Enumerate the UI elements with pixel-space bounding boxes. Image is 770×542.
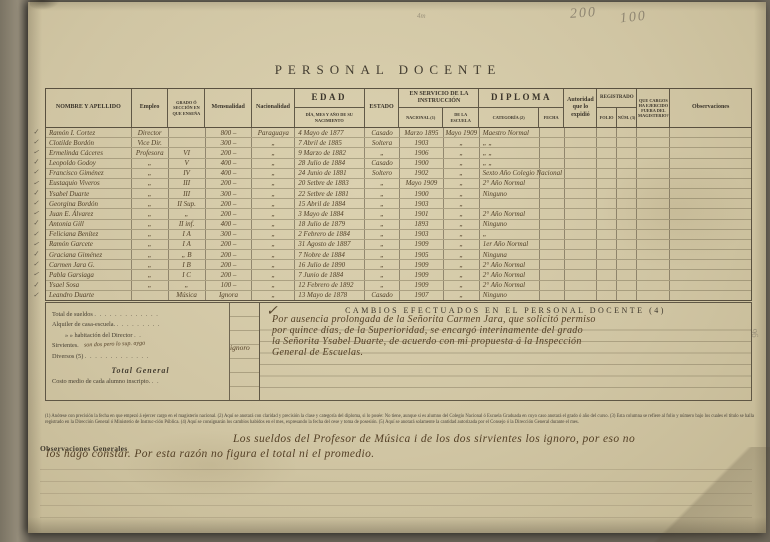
cell-name: Ysael Sosa [46,281,132,290]
cell-fecha [540,169,565,178]
cell-estado: „ [365,148,400,157]
cell-escuela: „ [444,240,480,249]
cell-nacional: 1909 [400,281,444,290]
cell-categoria: Ninguno [480,220,540,229]
cell-autoridad [565,220,598,229]
cell-escuela: „ [444,189,480,198]
cell-grado: II Sup. [169,199,206,208]
pencil-small-mark: 4m [417,12,426,20]
cell-categoria: „ „ [480,159,540,168]
cell-categoria: 2° Año Normal [480,179,540,188]
cell-autoridad [565,128,598,137]
totals-line: Total de sueldos . . . . . . . . . . . .… [52,310,259,320]
cell-nac: „ [252,209,295,218]
col-header-servicio: EN SERVICIO DE LA INSTRUCCIÓN [399,89,478,108]
cell-categoria: „ „ [480,138,540,147]
cell-grado: IV [169,169,206,178]
table-row: Antonia Gill„II inf.400 –„18 Julio de 18… [46,220,751,230]
pencil-check-mark: ✓ [32,127,39,136]
cell-name: Carmen Jara G. [46,260,132,269]
cell-autoridad [565,199,598,208]
cell-categoria: „ „ [480,148,540,157]
cell-estado: „ [365,250,400,259]
cell-autoridad [565,230,598,239]
cell-num [617,138,637,147]
cell-escuela: „ [444,260,480,269]
cell-estado: Casado [365,128,400,137]
cell-num [617,291,637,300]
totals-line-label: » » habitación del Director [65,332,133,339]
cell-autoridad [565,270,598,279]
totals-box: Total de sueldos . . . . . . . . . . . .… [45,302,260,401]
cell-fecha [540,250,565,259]
cell-autoridad [565,240,598,249]
cell-estado: „ [365,270,400,279]
cell-mens: 200 – [206,148,253,157]
cell-estado: Soltero [365,169,400,178]
cell-empleo: „ [132,240,169,249]
cell-empleo: „ [132,189,169,198]
observaciones-handwriting-line: Los sueldos del Profesor de Música i de … [233,433,635,445]
table-row: Ramón I. CortezDirector800 –Paraguaya4 M… [46,128,751,138]
cell-empleo: „ [132,250,169,259]
table-row: Ermelinda CáceresProfesoraVI200 –„9 Marz… [46,148,751,158]
pencil-check-mark: ✓ [32,270,39,279]
cell-escuela: „ [444,169,480,178]
cell-obs [670,230,751,239]
cell-grado: II inf. [169,220,206,229]
cell-empleo: Vice Dir. [132,138,169,147]
table-row: Francisco Giménez„IV400 –„24 Junio de 18… [46,169,751,179]
pencil-check-mark: ✓ [33,199,39,207]
cell-folio [597,179,617,188]
cell-categoria: 1er Año Normal [480,240,540,249]
cell-cargos [637,260,670,269]
col-header-folio: FOLIO [597,108,617,127]
cell-mens: 200 – [206,250,253,259]
cell-folio [597,230,617,239]
cell-cargos [637,179,670,188]
cell-nac: „ [252,240,295,249]
cell-mens: 300 – [206,138,253,147]
col-header-num: NÚM. (3) [617,108,636,127]
pencil-check-mark: ✓ [33,138,39,146]
cell-categoria [480,199,540,208]
cell-num [617,179,637,188]
cell-fecha [540,179,565,188]
cell-obs [670,250,751,259]
cell-empleo: „ [132,209,169,218]
table-row: Ysabel Duarte„III300 –„22 Setbre de 1881… [46,189,751,199]
cell-folio [597,169,617,178]
cell-empleo: „ [132,179,169,188]
col-header-fecha: FECHA [539,108,564,127]
table-row: Eustaquio Viveros„III200 –„20 Setbre de … [46,179,751,189]
cell-estado: „ [365,220,400,229]
cell-escuela: „ [444,230,480,239]
cell-name: Leandro Duarte [46,291,132,300]
cell-categoria: Sexto Año Colegio Nacional [480,169,540,178]
cell-name: Ramón Garcete [46,240,132,249]
cell-mens: 800 – [206,128,253,137]
cell-estado: Soltera [365,138,400,147]
cell-nac: „ [252,199,295,208]
cell-edad: 20 Setbre de 1883 [295,179,365,188]
cell-escuela: Mayo 1909 [444,128,480,137]
cell-nac: „ [252,138,295,147]
value-cell [230,317,259,331]
cell-folio [597,240,617,249]
cell-folio [597,220,617,229]
cell-autoridad [565,138,598,147]
cell-obs [670,240,751,249]
pencil-check-mark: ✓ [33,260,39,268]
cell-nac: „ [252,291,295,300]
table-row: Ysael Sosa„„100 –„12 Febrero de 1892„190… [46,281,751,291]
cell-obs [670,159,751,168]
cell-folio [597,128,617,137]
cell-folio [597,270,617,279]
cell-nacional: Mayo 1909 [400,179,444,188]
cell-nac: „ [252,281,295,290]
value-cell [230,387,259,400]
cell-fecha [540,240,565,249]
cell-edad: 7 Junio de 1884 [295,270,365,279]
totals-line: Alquiler de casa-escuela. . . . . . . . … [52,320,259,330]
cell-fecha [540,230,565,239]
cell-autoridad [565,189,598,198]
cell-categoria: 2° Año Normal [480,281,540,290]
cell-autoridad [565,250,598,259]
cell-num [617,270,637,279]
totals-line-label: Sirvientes. [52,342,79,349]
cell-estado: „ [365,189,400,198]
cell-obs [670,169,751,178]
cell-estado: „ [365,179,400,188]
cell-obs [670,148,751,157]
cell-autoridad [565,291,598,300]
faint-rule-line [40,469,752,470]
col-header-nacionalidad: Nacionalidad [252,89,295,127]
col-header-registrado: REGISTRADO [597,89,636,108]
cell-name: Leopoldo Godoy [46,159,132,168]
cell-folio [597,148,617,157]
cell-autoridad [565,260,598,269]
scanned-document-page: 4m 200 100 96 PERSONAL DOCENTE NOMBRE Y … [0,0,770,542]
totals-line-label: Total de sueldos [52,311,93,318]
cell-name: Ysabel Duarte [46,189,132,198]
cell-cargos [637,128,670,137]
col-header-de-la-escuela: DE LA ESCUELA [443,108,479,127]
faint-rule-line [40,505,752,506]
cell-autoridad [565,209,598,218]
cell-categoria: 2° Año Normal [480,260,540,269]
cell-edad: 15 Abril de 1884 [295,199,365,208]
pencil-check-mark: ✓ [32,158,39,167]
cell-cargos [637,281,670,290]
cell-nac: „ [252,148,295,157]
cell-grado: „ B [169,250,206,259]
pencil-check-mark: ✓ [32,178,39,187]
cell-fecha [540,209,565,218]
cell-name: Feliciana Benítez [46,230,132,239]
table-row: Graciana Giménez„„ B200 –„7 Nobre de 188… [46,250,751,260]
cell-escuela: „ [444,281,480,290]
observaciones-handwriting-line: los hago constar. Por esta razón no figu… [46,448,375,460]
totals-line-label: Alquiler de casa-escuela. [52,321,115,328]
cell-cargos [637,209,670,218]
cell-nacional: 1909 [400,270,444,279]
cell-estado: „ [365,230,400,239]
cell-nacional: 1909 [400,240,444,249]
cell-num [617,230,637,239]
cell-fecha [540,189,565,198]
col-header-categoria: CATEGORÍA (2) [479,108,538,127]
pencil-check-mark: ✓ [32,239,39,248]
totals-line: Costo medio de cada alumno inscripto. . … [52,377,259,387]
cell-mens: 200 – [206,209,253,218]
pencil-check-mark: ✓ [32,147,39,156]
col-header-edad-sub: DÍA, MES Y AÑO DE SU NACIMIENTO [295,108,364,127]
pencil-check-mark: ✓ [33,168,39,176]
cell-obs [670,260,751,269]
cell-nac: „ [252,169,295,178]
cell-cargos [637,220,670,229]
col-header-diploma: DIPLOMA [479,89,563,108]
cambios-handwriting-line: por quince días, de la Superioridad, se … [272,325,747,336]
cell-edad: 16 Julio de 1890 [295,260,365,269]
cell-cargos [637,240,670,249]
table-row: Feliciana Benítez„I A300 –„2 Febrero de … [46,230,751,240]
cell-edad: 24 Junio de 1881 [295,169,365,178]
col-header-diploma-group: DIPLOMA CATEGORÍA (2) FECHA [479,89,564,127]
cell-autoridad [565,179,598,188]
faint-rule-line [40,493,752,494]
cell-escuela: „ [444,159,480,168]
cell-edad: 7 Abril de 1885 [295,138,365,147]
footnotes: (1) Anótese con precisión la fecha en qu… [45,414,754,427]
pencil-number-200: 200 [569,5,597,23]
cell-fecha [540,260,565,269]
table-row: Carmen Jara G.„I B200 –„16 Julio de 1890… [46,260,751,270]
cell-cargos [637,148,670,157]
cell-folio [597,291,617,300]
cell-folio [597,260,617,269]
cell-folio [597,159,617,168]
cell-empleo: „ [132,159,169,168]
cell-fecha [540,199,565,208]
cell-nacional: 1903 [400,199,444,208]
col-header-estado: ESTADO [365,89,400,127]
pencil-number-100: 100 [619,9,648,28]
cell-grado: „ [169,209,206,218]
cell-autoridad [565,281,598,290]
cell-nacional: 1900 [400,159,444,168]
cell-name: Ramón I. Cortez [46,128,132,137]
cell-edad: 18 Julio de 1879 [295,220,365,229]
cell-cargos [637,291,670,300]
cambios-box: ✓ CAMBIOS EFECTUADOS EN EL PERSONAL DOCE… [260,302,752,401]
cell-folio [597,209,617,218]
cell-estado: „ [365,281,400,290]
pencil-check-mark: ✓ [33,230,39,238]
cell-mens: 200 – [206,270,253,279]
cell-cargos [637,159,670,168]
cell-empleo [132,291,169,300]
cell-autoridad [565,169,598,178]
cell-obs [670,281,751,290]
cell-nacional: 1909 [400,260,444,269]
cell-name: Francisco Giménez [46,169,132,178]
cell-categoria: Maestro Normal [480,128,540,137]
cell-empleo: „ [132,199,169,208]
cell-nacional: Marzo 1895 [400,128,444,137]
cell-categoria: „ [480,230,540,239]
cell-mens: 200 – [206,199,253,208]
cambios-handwriting-line: la Señorita Ysabel Duarte, de acuerdo co… [272,336,747,347]
cell-cargos [637,189,670,198]
cell-name: Clotilde Bordón [46,138,132,147]
col-header-empleo: Empleo [132,89,169,127]
cell-estado: „ [365,199,400,208]
cell-edad: 12 Febrero de 1892 [295,281,365,290]
cell-name: Antonia Gill [46,220,132,229]
col-header-cargos: QUE CARGOS HA EJERCIDO FUERA DEL MAGISTE… [637,89,670,127]
col-header-registrado-group: REGISTRADO FOLIO NÚM. (3) [597,89,637,127]
dot-leaders: . . . . . . . . . . . . . [85,353,149,360]
cell-mens: 300 – [206,189,253,198]
cell-mens: 200 – [206,179,253,188]
cell-obs [670,220,751,229]
cell-categoria: Ninguna [480,250,540,259]
cell-name: Georgina Bordón [46,199,132,208]
cell-estado: Casado [365,291,400,300]
cell-fecha [540,138,565,147]
col-header-nombre: NOMBRE Y APELLIDO [46,89,132,127]
cell-mens: 100 – [206,281,253,290]
cell-estado: „ [365,260,400,269]
col-header-mensualidad: Mensualidad [205,89,252,127]
totals-line-label: Total General [111,366,169,375]
table-row: Georgina Bordón„II Sup.200 –„15 Abril de… [46,199,751,209]
cell-grado: I C [169,270,206,279]
dot-leaders: . . [152,378,160,385]
cell-name: Eustaquio Viveros [46,179,132,188]
cell-fecha [540,128,565,137]
cell-categoria: Ninguno [480,189,540,198]
cell-folio [597,189,617,198]
cambios-handwriting-line: Por ausencia prolongada de la Señorita C… [272,314,747,325]
faint-rule-line [40,517,752,518]
cell-mens: 200 – [206,240,253,249]
cell-obs [670,128,751,137]
cell-fecha [540,159,565,168]
cell-nacional: 1901 [400,209,444,218]
cell-obs [670,179,751,188]
cell-edad: 3 Mayo de 1884 [295,209,365,218]
totals-line: Diversos (5) . . . . . . . . . . . . . [52,352,259,362]
table-row: Juan E. Álvarez„„200 –„3 Mayo de 1884„19… [46,209,751,219]
table-row: Ramón Garcete„I A200 –„31 Agosto de 1887… [46,240,751,250]
cell-cargos [637,230,670,239]
sirvientes-value-ignoro: ignoro [230,343,250,352]
cell-grado [169,138,206,147]
cell-edad: 9 Marzo de 1882 [295,148,365,157]
dot-leaders: . . [134,332,142,339]
cell-folio [597,250,617,259]
value-cell [230,359,259,373]
cell-fecha [540,291,565,300]
cell-nacional: 1906 [400,148,444,157]
cell-edad: 7 Nobre de 1884 [295,250,365,259]
cell-cargos [637,169,670,178]
faint-rule-line [40,481,752,482]
value-cell [230,303,259,317]
page-title: PERSONAL DOCENTE [238,62,538,78]
cell-obs [670,209,751,218]
table-header-row: NOMBRE Y APELLIDO Empleo GRADO Ó SECCIÓN… [46,89,751,128]
cell-nacional: 1907 [400,291,444,300]
cell-escuela: „ [444,250,480,259]
cell-edad: 22 Setbre de 1881 [295,189,365,198]
table-row: Leandro DuarteMúsicaIgnora„13 Mayo de 18… [46,291,751,300]
cell-edad: 4 Mayo de 1877 [295,128,365,137]
table-row: Pabla Garsiaga„I C200 –„7 Junio de 1884„… [46,270,751,280]
cell-num [617,169,637,178]
col-header-nacional: NACIONAL (1) [399,108,442,127]
cell-empleo: „ [132,220,169,229]
cell-escuela: „ [444,270,480,279]
cell-num [617,128,637,137]
cell-grado: Música [169,291,206,300]
cell-categoria: Ninguno [480,291,540,300]
cell-escuela: „ [444,179,480,188]
cell-num [617,148,637,157]
cell-num [617,199,637,208]
cell-edad: 2 Febrero de 1884 [295,230,365,239]
pencil-check-mark: ✓ [32,219,39,228]
cell-fecha [540,281,565,290]
cell-folio [597,138,617,147]
cell-mens: Ignora [206,291,253,300]
cell-grado: „ [169,281,206,290]
cell-estado: Casado [365,159,400,168]
cell-autoridad [565,159,598,168]
pencil-check-mark: ✓ [32,188,39,197]
cell-grado: III [169,189,206,198]
cell-nacional: 1903 [400,230,444,239]
cell-obs [670,138,751,147]
cell-empleo: Director [132,128,169,137]
cell-nac: „ [252,250,295,259]
cell-name: Graciana Giménez [46,250,132,259]
cell-nac: Paraguaya [252,128,295,137]
dot-leaders: . . . . . . . . . [117,321,161,328]
cell-grado [169,128,206,137]
totals-lines: Total de sueldos . . . . . . . . . . . .… [52,310,259,387]
cell-escuela: „ [444,148,480,157]
cell-name: Ermelinda Cáceres [46,148,132,157]
cell-empleo: Profesora [132,148,169,157]
cell-obs [670,199,751,208]
cell-nacional: 1900 [400,189,444,198]
cell-grado: I B [169,260,206,269]
cell-nac: „ [252,189,295,198]
col-header-edad: EDAD [295,89,364,108]
cell-num [617,159,637,168]
cell-nac: „ [252,270,295,279]
cell-edad: 28 Julio de 1884 [295,159,365,168]
